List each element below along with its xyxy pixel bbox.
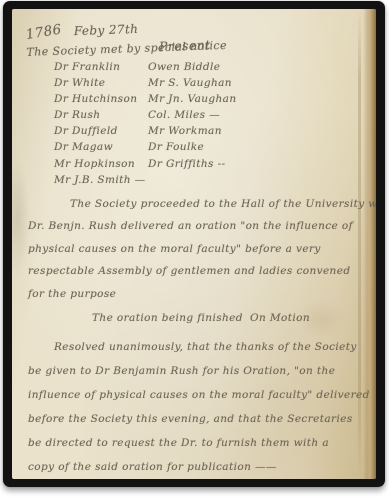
attendee-name: Dr Duffield [54, 123, 146, 139]
manuscript-page: 1786 Feby 27th The Society met by specia… [12, 9, 376, 479]
paragraph-line: respectable Assembly of gentlemen and la… [28, 260, 350, 282]
paragraph-line: before the Society this evening, and tha… [28, 407, 350, 431]
page-crease [358, 9, 361, 479]
attendee-name: Mr S. Vaughan [148, 75, 237, 91]
attendee-name: Dr Franklin [54, 59, 146, 75]
entry-date: Feby 27th [74, 22, 139, 38]
paragraph-line: influence of physical causes on the mora… [28, 383, 350, 407]
attendee-name: Mr Hopkinson [54, 156, 146, 172]
attendee-name: Col. Miles — [148, 107, 237, 123]
motion-lead-text: The oration being finished [92, 312, 243, 324]
paragraph-line: for the purpose [28, 283, 350, 305]
book-page-edge [363, 9, 376, 479]
attendee-name: Dr Griffiths -- [148, 156, 237, 172]
attendee-name: Dr Magaw [54, 139, 146, 155]
resolution-paragraph: Resolved unanimously, that the thanks of… [28, 335, 350, 479]
paragraph-line: be given to Dr Benjamin Rush for his Ora… [28, 359, 350, 383]
paragraph-line: Resolved unanimously, that the thanks of… [28, 335, 350, 359]
paragraph-line: The Society proceeded to the Hall of the… [28, 193, 350, 215]
attendee-name: Dr Rush [54, 107, 146, 123]
present-heading: Present [159, 37, 211, 54]
attendees-column-right: Owen Biddle Mr S. Vaughan Mr Jn. Vaughan… [148, 59, 237, 172]
entry-year: 1786 [25, 21, 63, 42]
attendee-name: Mr Workman [148, 123, 237, 139]
attendee-name: Mr J.B. Smith — [54, 172, 146, 188]
attendee-name: Dr Hutchinson [54, 91, 146, 107]
paragraph-line: be directed to request the Dr. to furnis… [28, 431, 350, 455]
paragraph-line: physical causes on the moral faculty" be… [28, 238, 350, 260]
attendee-name: Dr White [54, 75, 146, 91]
attendee-name: Mr Jn. Vaughan [148, 91, 237, 107]
attendees-column-left: Dr Franklin Dr White Dr Hutchinson Dr Ru… [54, 59, 146, 188]
manuscript-photo: 1786 Feby 27th The Society met by specia… [0, 0, 389, 498]
attendee-name: Dr Foulke [148, 139, 237, 155]
attendee-name: Owen Biddle [148, 59, 237, 75]
paragraph-line: copy of the said oration for publication… [28, 455, 350, 479]
motion-label-text: On Motion [250, 312, 310, 324]
photo-frame: 1786 Feby 27th The Society met by specia… [3, 1, 385, 487]
oration-paragraph: The Society proceeded to the Hall of the… [28, 193, 350, 305]
paragraph-line: Dr. Benjn. Rush delivered an oration "on… [28, 215, 350, 237]
